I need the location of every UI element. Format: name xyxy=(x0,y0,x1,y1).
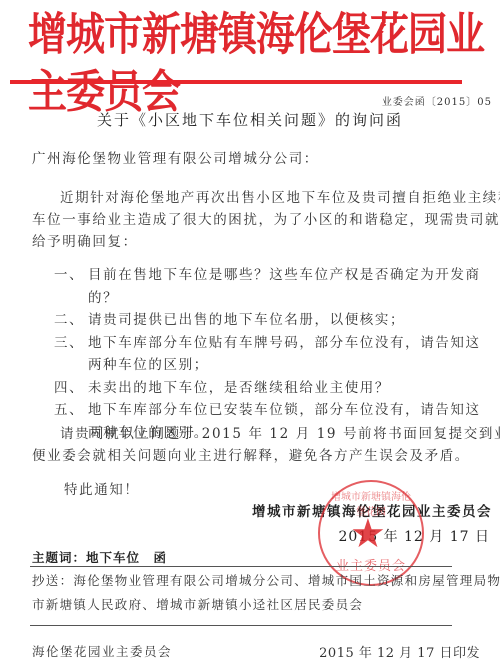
question-item: 一、 目前在售地下车位是哪些？这些车位产权是否确定为开发商的？ xyxy=(54,264,494,309)
footer-print-date: 2015 年 12 月 17 日印发 xyxy=(319,642,480,661)
cc-line: 市新塘镇人民政府、增城市新塘镇小迳社区居民委员会 xyxy=(32,593,482,617)
cc-line: 抄送：海伦堡物业管理有限公司增城分公司、增城市国土资源和房屋管理局物业科、增城 xyxy=(32,569,482,593)
question-number: 四、 xyxy=(54,377,88,400)
request-line: 便业委会就相关问题向业主进行解释，避免各方产生误会及矛盾。 xyxy=(32,445,494,467)
question-list: 一、 目前在售地下车位是哪些？这些车位产权是否确定为开发商的？ 二、 请贵司提供… xyxy=(54,264,494,444)
request-paragraph: 请贵司就以上问题于 2015 年 12 月 19 号前将书面回复提交到业委会，以… xyxy=(32,423,494,467)
intro-line: 给予明确回复： xyxy=(32,231,492,253)
question-item: 四、 未卖出的地下车位，是否继续租给业主使用？ xyxy=(54,377,494,400)
intro-line: 车位一事给业主造成了很大的困扰，为了小区的和谐稳定，现需贵司就以下问题 xyxy=(32,209,492,231)
document-title: 关于《小区地下车位相关问题》的询问函 xyxy=(0,109,500,130)
footer-org: 海伦堡花园业主委员会 xyxy=(32,642,172,660)
addressee: 广州海伦堡物业管理有限公司增城分公司： xyxy=(32,148,319,170)
question-text: 请贵司提供已出售的地下车位名册，以便核实； xyxy=(88,309,494,332)
question-text: 地下车库部分车位贴有车牌号码，部分车位没有，请告知这两种车位的区别； xyxy=(88,332,494,377)
request-line: 请贵司就以上问题于 2015 年 12 月 19 号前将书面回复提交到业委会，以 xyxy=(32,423,494,445)
keywords: 主题词：地下车位 函 xyxy=(32,548,167,566)
question-text: 目前在售地下车位是哪些？这些车位产权是否确定为开发商的？ xyxy=(88,264,494,309)
divider xyxy=(30,566,452,567)
intro-paragraph: 近期针对海伦堡地产再次出售小区地下车位及贵司擅自拒绝业主续租地下 车位一事给业主… xyxy=(32,187,492,253)
cc-list: 抄送：海伦堡物业管理有限公司增城分公司、增城市国土资源和房屋管理局物业科、增城 … xyxy=(32,569,482,617)
question-text: 未卖出的地下车位，是否继续租给业主使用？ xyxy=(88,377,494,400)
document-number: 业委会函〔2015〕05 xyxy=(382,93,492,108)
divider xyxy=(30,625,452,626)
question-number: 二、 xyxy=(54,309,88,332)
intro-line: 近期针对海伦堡地产再次出售小区地下车位及贵司擅自拒绝业主续租地下 xyxy=(32,187,492,209)
notice-text: 特此通知！ xyxy=(64,479,140,501)
question-number: 一、 xyxy=(54,264,88,309)
question-item: 二、 请贵司提供已出售的地下车位名册，以便核实； xyxy=(54,309,494,332)
signature-org: 增城市新塘镇海伦堡花园业主委员会 xyxy=(252,500,492,520)
question-number: 三、 xyxy=(54,332,88,377)
question-item: 三、 地下车库部分车位贴有车牌号码，部分车位没有，请告知这两种车位的区别； xyxy=(54,332,494,377)
letterhead-red-rule xyxy=(10,80,462,84)
signature-date: 2015 年 12 月 17 日 xyxy=(338,526,490,546)
